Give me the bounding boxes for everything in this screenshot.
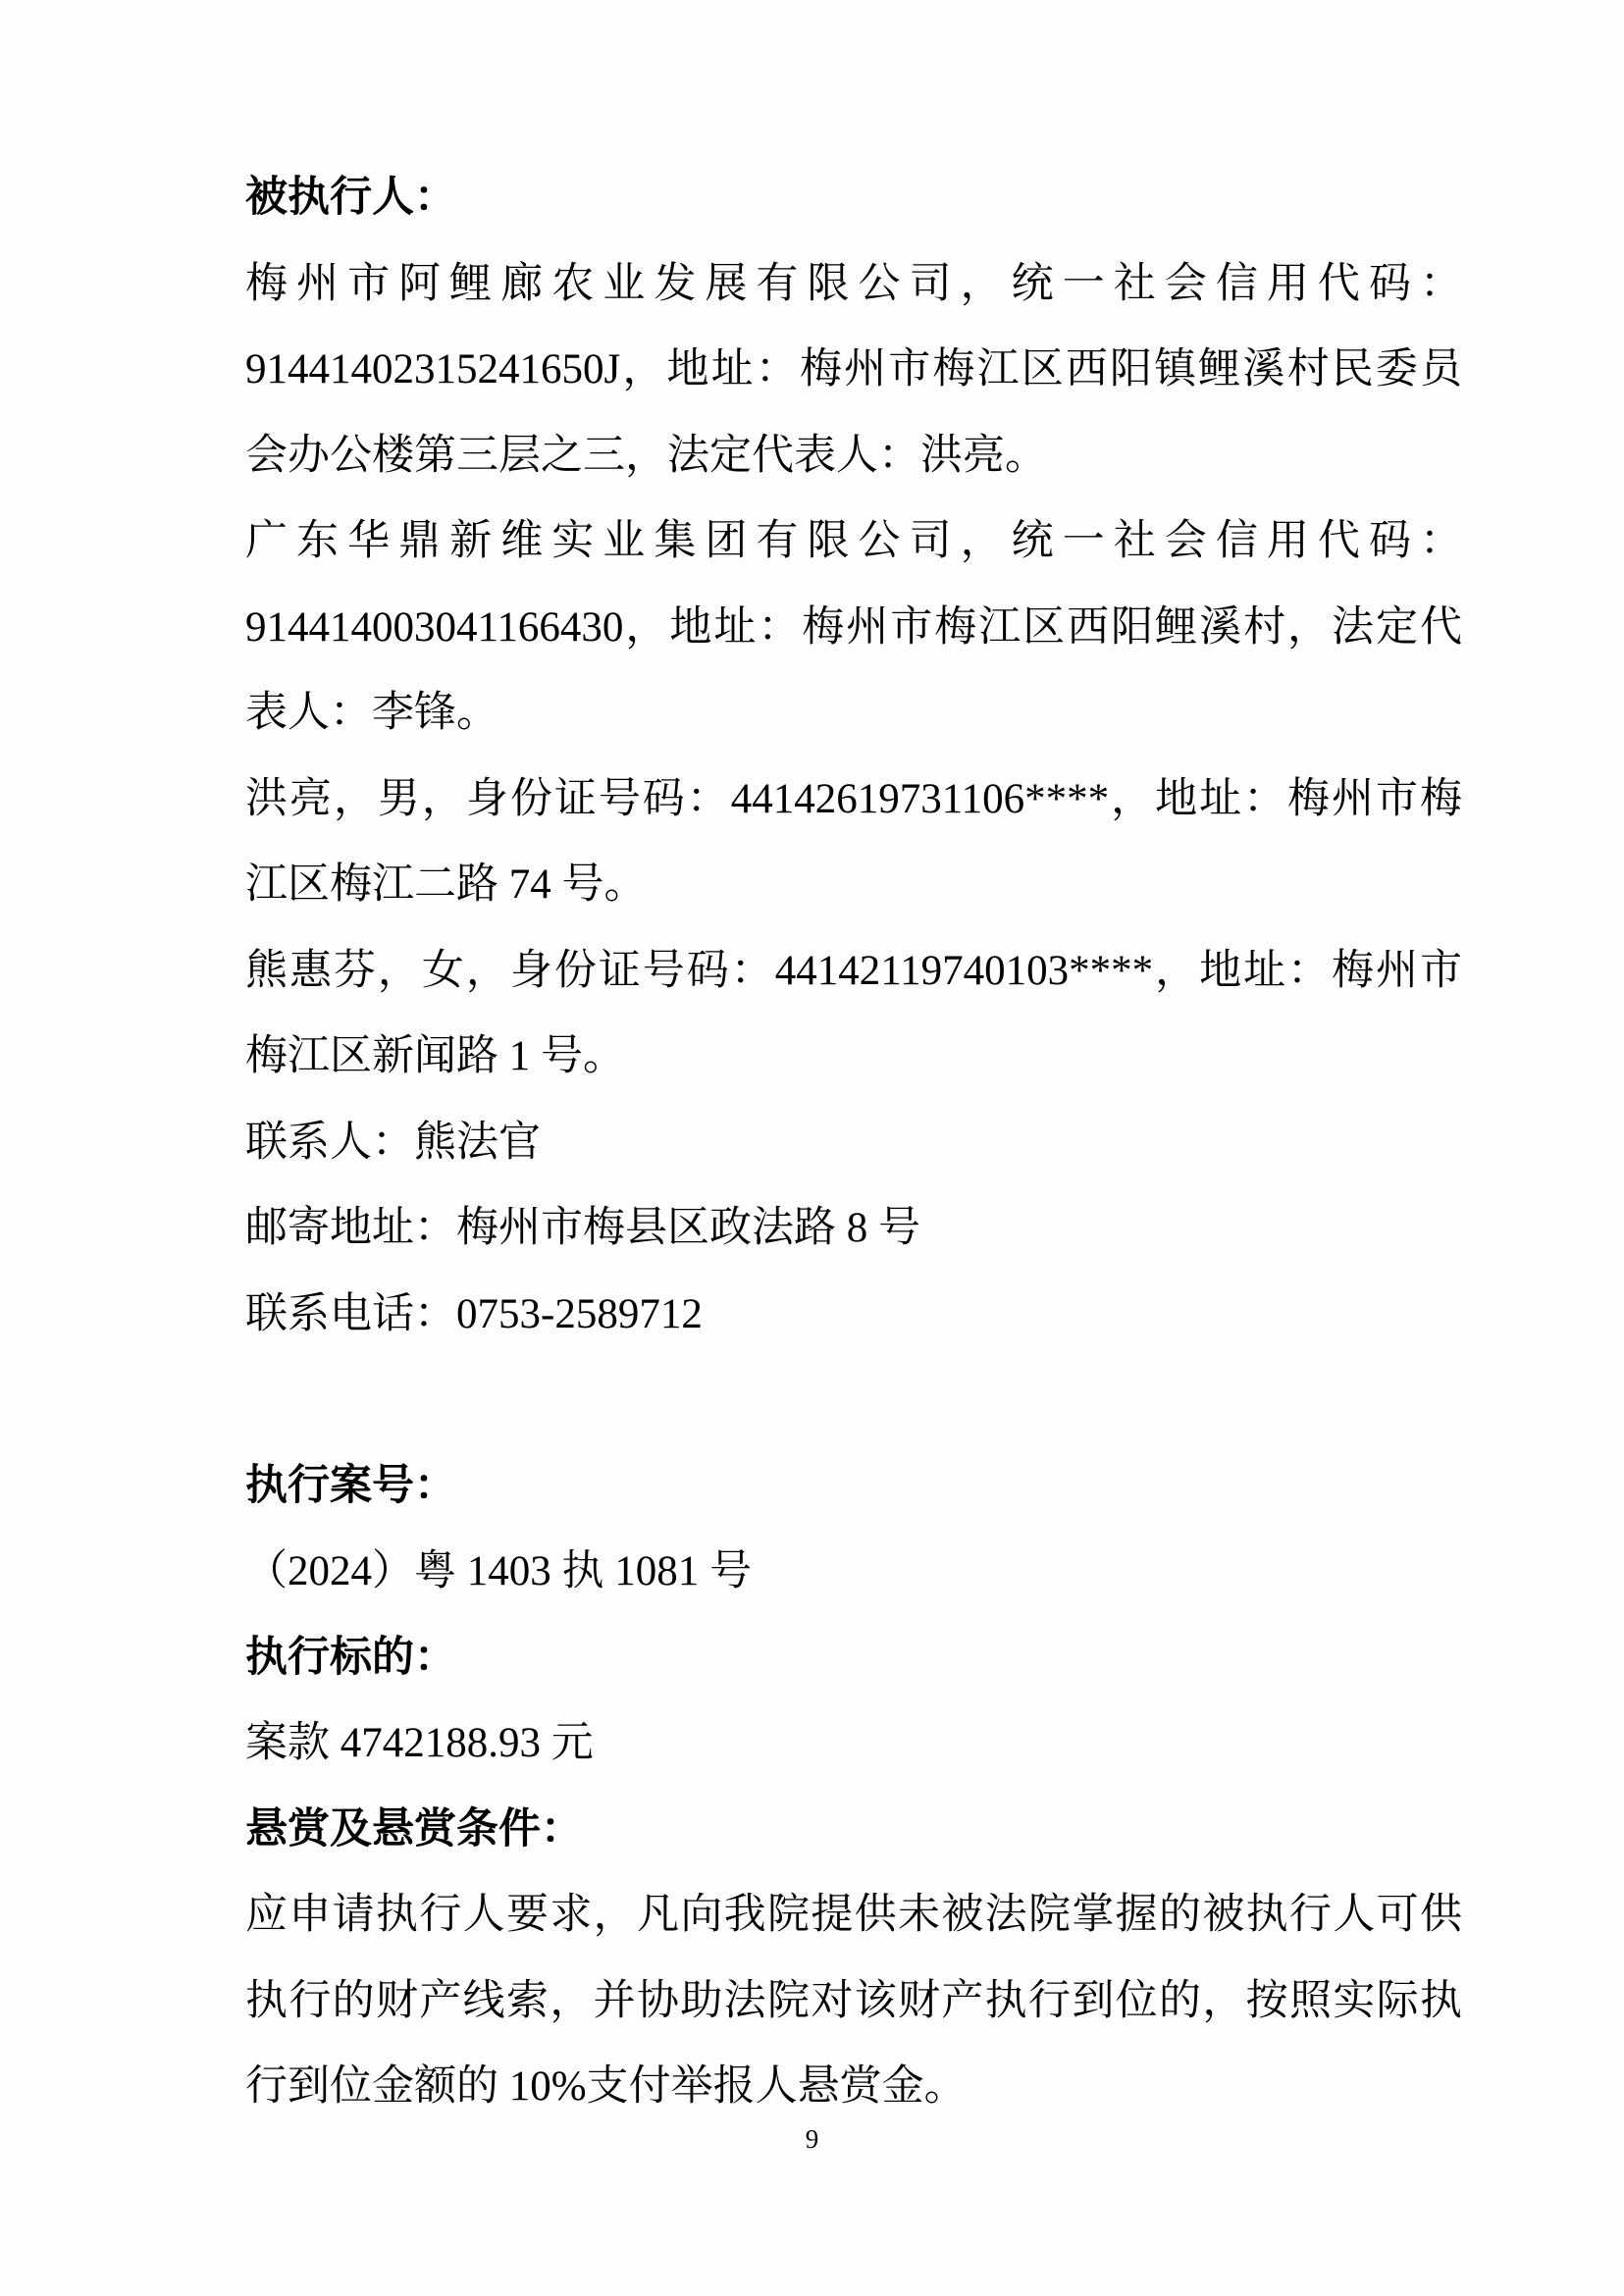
document-line: 执行的财产线索，并协助法院对该财产执行到位的，按照实际执 [245,1958,1462,2045]
document-line: 洪亮，男，身份证号码：44142619731106****，地址：梅州市梅 [245,757,1462,843]
section-heading: 执行标的： [245,1615,1462,1701]
document-page: 被执行人：梅州市阿鲤廊农业发展有限公司，统一社会信用代码：91441402315… [0,0,1624,2296]
document-line: 邮寄地址：梅州市梅县区政法路 8 号 [245,1185,1462,1272]
document-line: 联系电话：0753-2589712 [245,1272,1462,1358]
document-body: 被执行人：梅州市阿鲤廊农业发展有限公司，统一社会信用代码：91441402315… [245,155,1462,2130]
document-line: 会办公楼第三层之三，法定代表人：洪亮。 [245,413,1462,499]
document-line: 案款 4742188.93 元 [245,1700,1462,1787]
section-heading: 悬赏及悬赏条件： [245,1787,1462,1873]
document-line: 91441402315241650J，地址：梅州市梅江区西阳镇鲤溪村民委员 [245,327,1462,413]
section-heading: 执行案号： [245,1443,1462,1530]
document-line [245,1357,1462,1443]
section-heading: 被执行人： [245,155,1462,241]
document-line: 表人：李锋。 [245,670,1462,757]
document-line: （2024）粤 1403 执 1081 号 [245,1529,1462,1615]
document-line: 广东华鼎新维实业集团有限公司，统一社会信用代码： [245,498,1462,585]
document-line: 行到位金额的 10%支付举报人悬赏金。 [245,2044,1462,2130]
document-line: 熊惠芬，女，身份证号码：44142119740103****，地址：梅州市 [245,928,1462,1015]
document-line: 梅江区新闻路 1 号。 [245,1014,1462,1100]
document-line: 梅州市阿鲤廊农业发展有限公司，统一社会信用代码： [245,241,1462,328]
page-number: 9 [0,2119,1624,2159]
document-line: 江区梅江二路 74 号。 [245,842,1462,928]
document-line: 应申请执行人要求，凡向我院提供未被法院掌握的被执行人可供 [245,1872,1462,1958]
document-line: 联系人：熊法官 [245,1100,1462,1186]
document-line: 914414003041166430，地址：梅州市梅江区西阳鲤溪村，法定代 [245,585,1462,671]
